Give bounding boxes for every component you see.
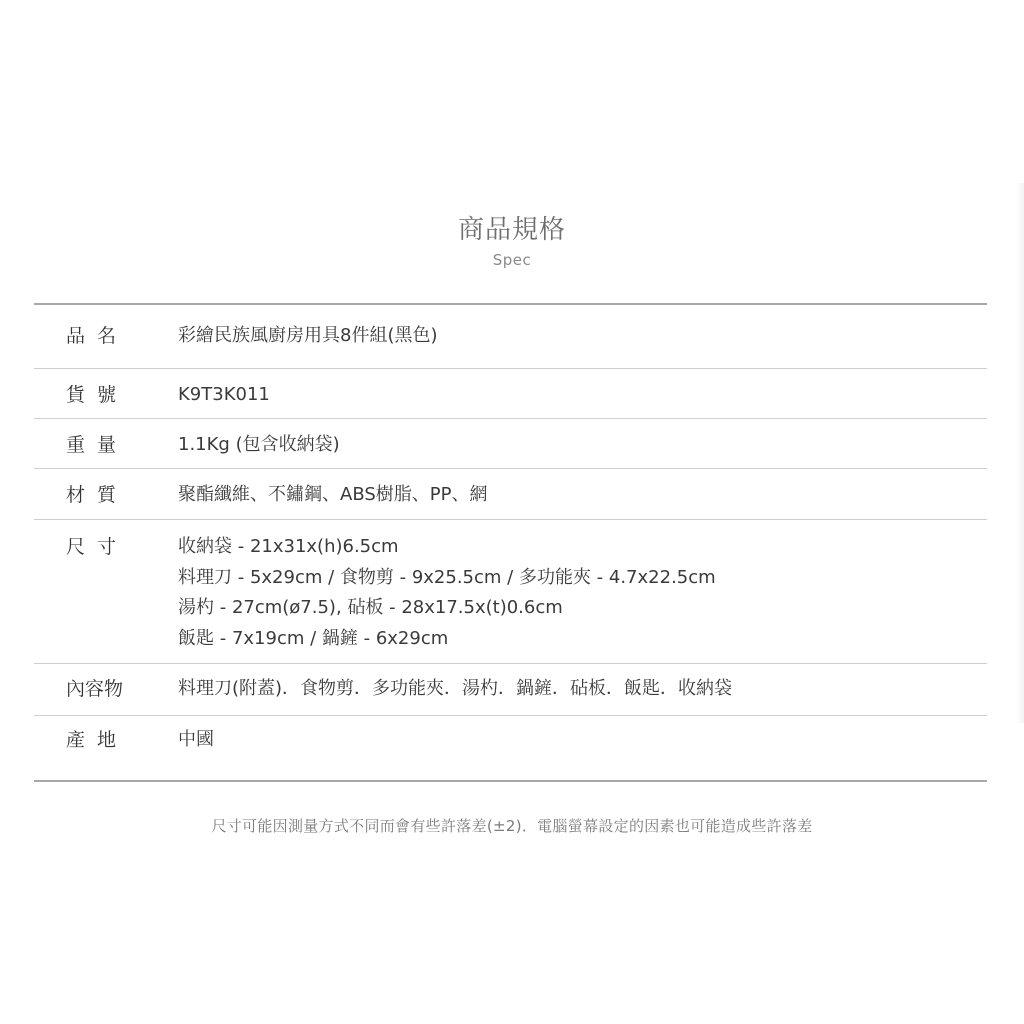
spec-header: 商品規格 Spec bbox=[0, 212, 1024, 270]
spec-label: 內容物 bbox=[34, 674, 178, 701]
spec-row-dimensions: 尺寸 收納袋 - 21x31x(h)6.5cm 料理刀 - 5x29cm / 食… bbox=[34, 520, 987, 664]
spec-label: 品名 bbox=[34, 321, 178, 348]
page-subtitle: Spec bbox=[0, 250, 1024, 270]
spec-value: 彩繪民族風廚房用具8件組(黑色) bbox=[178, 321, 987, 352]
spec-row-origin: 產地 中國 bbox=[34, 716, 987, 780]
spec-table: 品名 彩繪民族風廚房用具8件組(黑色) 貨號 K9T3K011 重量 1.1Kg… bbox=[34, 303, 987, 782]
spec-row-item-number: 貨號 K9T3K011 bbox=[34, 369, 987, 419]
spec-label: 產地 bbox=[34, 725, 178, 752]
spec-label: 尺寸 bbox=[34, 532, 178, 559]
spec-label: 貨號 bbox=[34, 380, 178, 407]
spec-value: 料理刀(附蓋)．食物剪．多功能夾．湯杓．鍋鏟．砧板．飯匙．收納袋 bbox=[178, 674, 987, 705]
page-title: 商品規格 bbox=[0, 212, 1024, 248]
spec-row-weight: 重量 1.1Kg (包含收納袋) bbox=[34, 419, 987, 469]
spec-value: 收納袋 - 21x31x(h)6.5cm 料理刀 - 5x29cm / 食物剪 … bbox=[178, 532, 987, 654]
spec-row-name: 品名 彩繪民族風廚房用具8件組(黑色) bbox=[34, 305, 987, 369]
spec-label: 材質 bbox=[34, 480, 178, 507]
spec-row-material: 材質 聚酯纖維、不鏽鋼、ABS樹脂、PP、網 bbox=[34, 469, 987, 520]
spec-value: 1.1Kg (包含收納袋) bbox=[178, 430, 987, 461]
spec-value: 聚酯纖維、不鏽鋼、ABS樹脂、PP、網 bbox=[178, 480, 987, 511]
measurement-disclaimer: 尺寸可能因測量方式不同而會有些許落差(±2)．電腦螢幕設定的因素也可能造成些許落… bbox=[0, 815, 1024, 836]
spec-value: K9T3K011 bbox=[178, 380, 987, 411]
spec-row-contents: 內容物 料理刀(附蓋)．食物剪．多功能夾．湯杓．鍋鏟．砧板．飯匙．收納袋 bbox=[34, 664, 987, 716]
spec-label: 重量 bbox=[34, 430, 178, 457]
spec-value: 中國 bbox=[178, 725, 987, 756]
